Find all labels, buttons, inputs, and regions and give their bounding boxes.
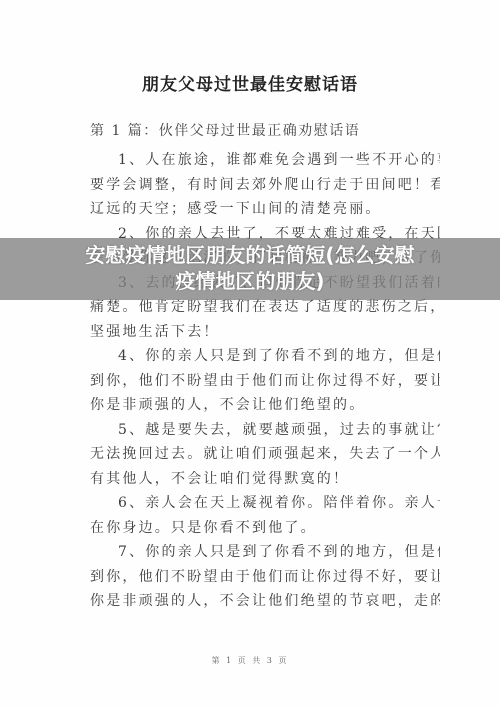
body-line: 1、人在旅途，谁都难免会遇到一些不开心的事，自己 [118,151,440,169]
body-line: 无法挽回过去。就让咱们顽强起来，失去了一个人，至少还 [90,445,440,463]
section-heading: 第 1 篇：伙伴父母过世最正确劝慰话语 [90,120,360,140]
body-line: 你是非顽强的人，不会让他们绝望的节哀吧，走的人不盼望 [90,592,440,610]
body-line: 5、越是要失去，就要越顽强，过去的事就让它过去， [118,421,440,439]
body-line: 辽远的天空；感受一下山间的清楚亮丽。 [90,200,440,218]
headline-line-1: 安慰疫情地区朋友的话简短(怎么安慰 [0,242,500,268]
body-line: 你是非顽强的人，不会让他们绝望的。 [90,396,440,414]
document-title: 朋友父母过世最佳安慰话语 [0,70,500,95]
body-line: 6、亲人会在天上凝视着你。陪伴着你。亲人一贯都会 [118,494,440,512]
body-line: 痛楚。他肯定盼望我们在表达了适度的悲伤之后，应当照样 [90,298,440,316]
page-number-footer: 第 1 页 共 3 页 [0,655,500,666]
body-line: 在你身边。只是你看不到他了。 [90,519,440,537]
body-line: 要学会调整，有时间去郊外爬山行走于田间吧！看看那宽阔 [90,176,440,194]
body-line: 4、你的亲人只是到了你看不到的地方，但是他们能看 [118,347,440,365]
document-page: 朋友父母过世最佳安慰话语 第 1 篇：伙伴父母过世最正确劝慰话语 1、人在旅途，… [0,0,500,706]
headline-line-2: 疫情地区的朋友) [0,268,500,294]
body-line: 7、你的亲人只是到了你看不到的地方，但是他们能看 [118,543,440,561]
body-line: 到你，他们不盼望由于他们而让你过得不好，要让他们知道 [90,372,440,390]
headline-overlay-band: 安慰疫情地区朋友的话简短(怎么安慰 疫情地区的朋友) [0,238,500,300]
body-line: 有其他人，不会让咱们觉得默寞的！ [90,470,440,488]
body-line: 到你，他们不盼望由于他们而让你过得不好，要让他们知道 [90,568,440,586]
body-line: 坚强地生活下去！ [90,323,440,341]
